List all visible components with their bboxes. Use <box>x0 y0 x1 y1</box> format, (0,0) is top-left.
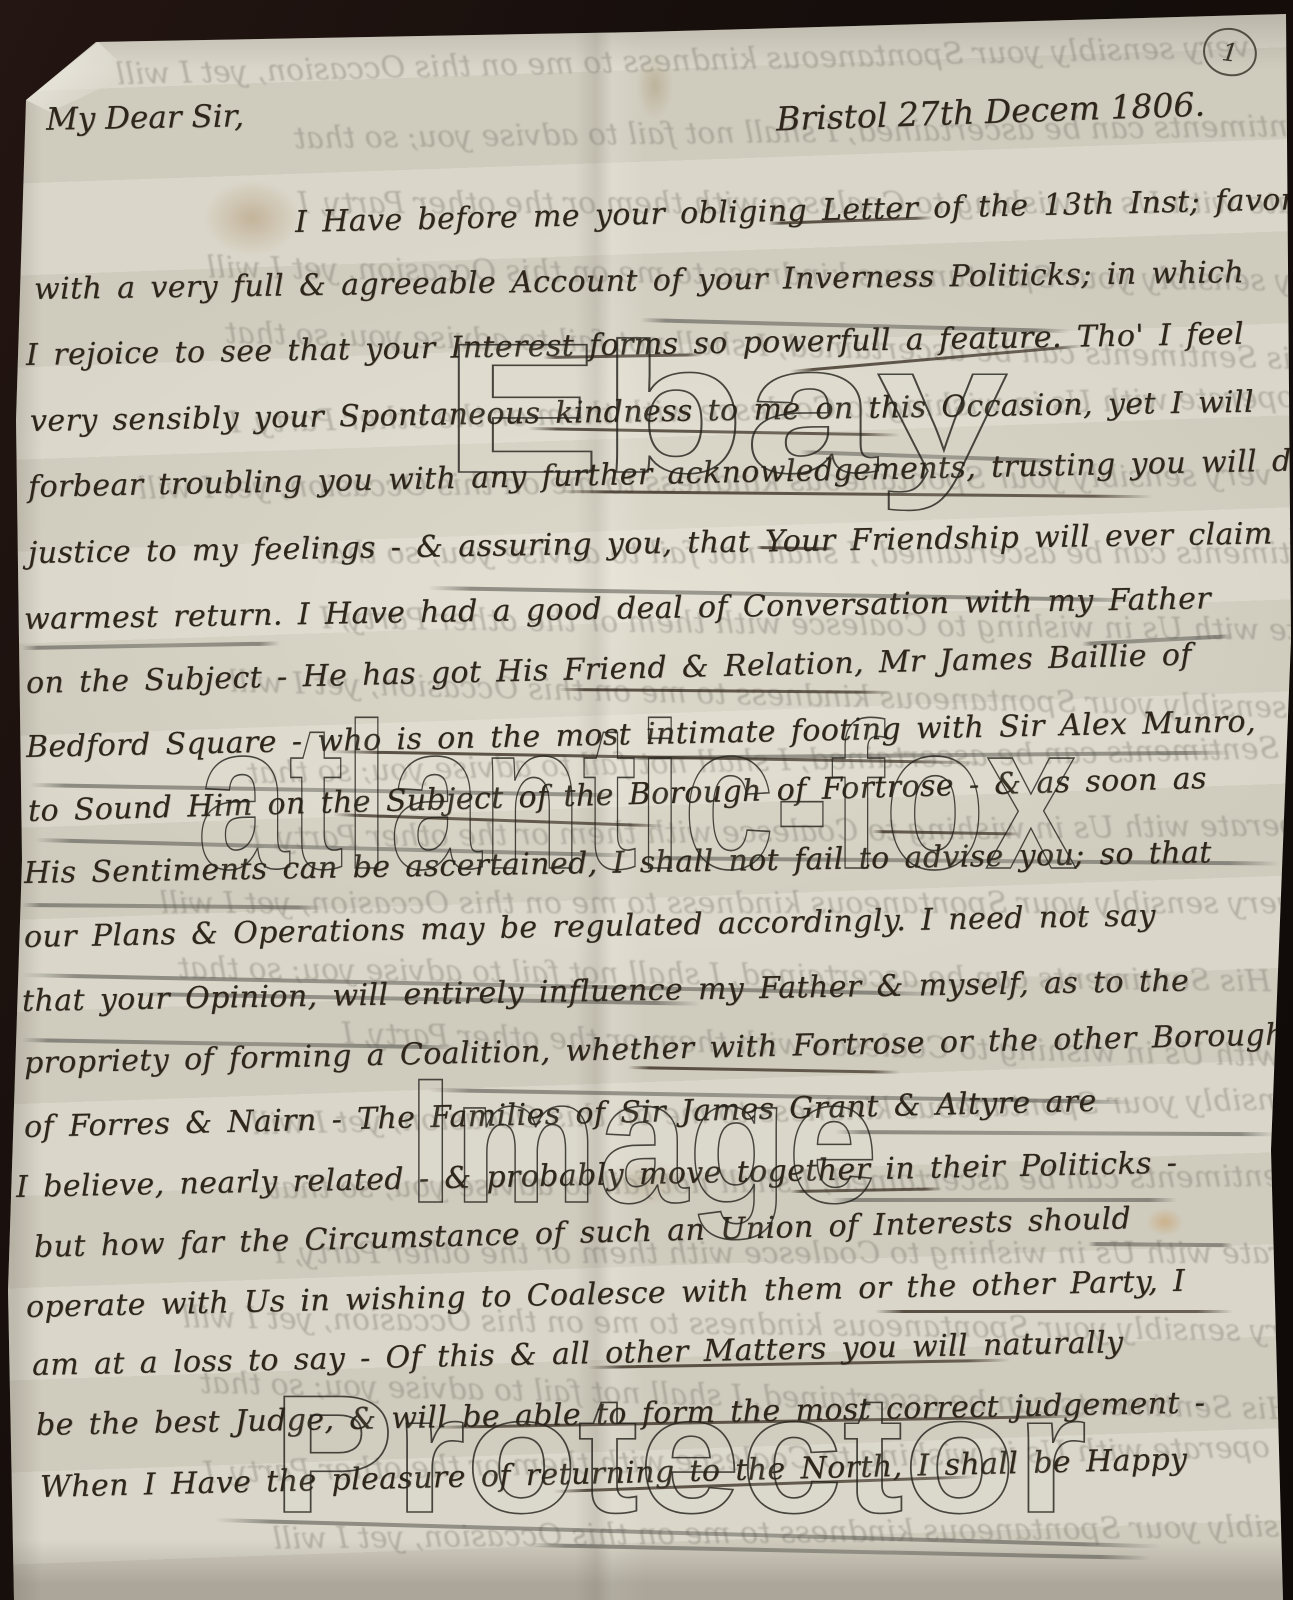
letter-line: I rejoice to see that your Interest form… <box>26 317 1245 373</box>
page-number: 1 <box>1220 37 1239 68</box>
letter-line: propriety of forming a Coalition, whethe… <box>24 1017 1293 1081</box>
letter-line: with a very full & agreeable Account of … <box>34 255 1245 307</box>
ink-strikethrough <box>872 830 1020 836</box>
letter-line: am at a loss to say - Of this & all othe… <box>32 1325 1124 1383</box>
ink-strikethrough <box>558 688 893 694</box>
salutation: My Dear Sir, <box>46 98 244 137</box>
dateline: Bristol 27th Decem 1806. <box>775 85 1205 139</box>
letter-line: but how far the Circumstance of such an … <box>34 1201 1132 1265</box>
letter-line: justice to my feelings - & assuring you,… <box>28 515 1293 571</box>
letter-line: to Sound Him on the Subject of the Borou… <box>28 761 1208 829</box>
page-number-badge: 1 <box>1200 25 1259 79</box>
pencil-underline <box>528 1543 1150 1560</box>
letter-line: operate with Us in wishing to Coalesce w… <box>26 1264 1186 1325</box>
scan-background: very sensibly your Spontaneous kindness … <box>0 0 1293 1600</box>
ink-strikethrough <box>628 1066 900 1074</box>
ink-strikethrough <box>875 1310 1233 1313</box>
letter-line: I believe, nearly related - & probably m… <box>16 1146 1178 1205</box>
pencil-underline <box>215 1518 1160 1548</box>
letter-line: on the Subject - He has got His Friend &… <box>26 638 1193 701</box>
pencil-underline <box>22 903 322 910</box>
letter-line: that your Opinion, will entirely influen… <box>22 964 1190 1019</box>
pencil-underline <box>1088 1242 1233 1247</box>
letter-line: be the best Judge, & will be able to for… <box>36 1386 1206 1443</box>
pencil-underline <box>835 1130 1275 1136</box>
letter-line: When I Have the pleasure of returning to… <box>40 1442 1188 1505</box>
letter-page: very sensibly your Spontaneous kindness … <box>0 0 1293 1600</box>
bleedthrough-text: very sensibly your Spontaneous kindness … <box>0 30 1250 98</box>
letter-line: I Have before me your obliging Letter of… <box>295 180 1293 240</box>
pencil-underline <box>22 641 280 650</box>
